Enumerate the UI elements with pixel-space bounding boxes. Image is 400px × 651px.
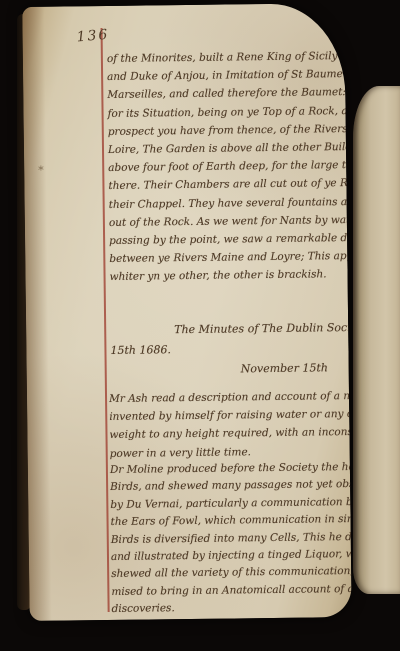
minutes-heading-line2: 15th 1686. [110,341,171,360]
minutes-entry-ash-engine: Mr Ash read a description and account of… [109,386,352,462]
margin-mark: * [38,165,44,176]
manuscript-line: Marseilles, and called therefore the Bau… [107,83,352,105]
photo-background: 136 * of the Minorites, built a Rene Kin… [0,0,400,651]
manuscript-line: the Ears of Fowl, which communication in… [110,510,351,531]
manuscript-line: weight to any height required, with an i… [109,423,351,445]
manuscript-line: whiter yn ye other, the other is brackis… [109,265,351,287]
manuscript-page: 136 * of the Minorites, built a Rene Kin… [22,3,351,621]
minutes-date: November 15th [241,359,328,378]
minutes-entry-moline-birds: Dr Moline produced before the Society th… [110,458,352,618]
minutes-heading-line1: The Minutes of The Dublin Society Novemb… [174,318,352,339]
manuscript-line: discoveries. [112,597,352,618]
page-number: 136 [76,27,110,46]
book-fore-edge-pages [353,86,400,594]
manuscript-line: mised to bring in an Anatomicall account… [111,580,351,601]
journal-entry-travel-account: of the Minorites, built a Rene King of S… [107,46,352,286]
manuscript-line: there. Their Chambers are all cut out of… [108,174,351,196]
